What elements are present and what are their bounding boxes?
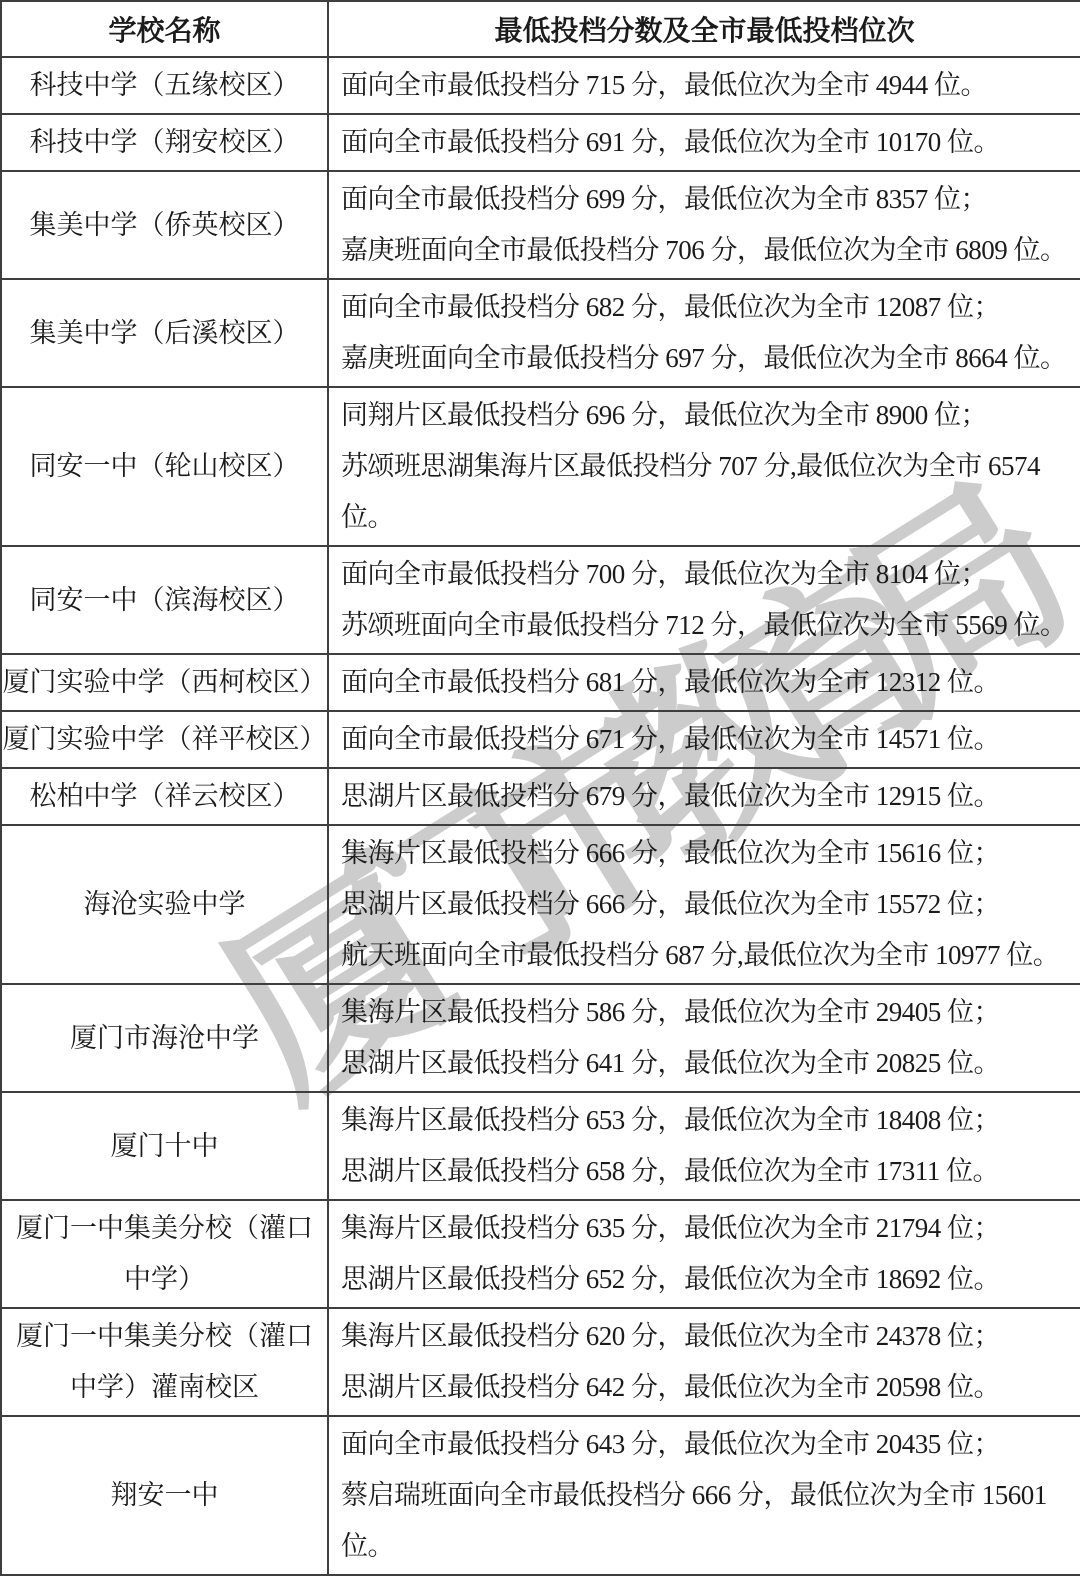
text-line: 厦门市海沧中学 (2, 1013, 327, 1064)
school-name-cell: 松柏中学（祥云校区） (1, 768, 328, 825)
text-line: 翔安一中 (2, 1470, 327, 1521)
header-score-info: 最低投档分数及全市最低投档位次 (328, 1, 1080, 57)
school-name-cell: 厦门十中 (1, 1092, 328, 1200)
score-detail-cell: 面向全市最低投档分 671 分，最低位次为全市 14571 位。 (328, 711, 1080, 768)
score-detail-cell: 面向全市最低投档分 700 分，最低位次为全市 8104 位；苏颂班面向全市最低… (328, 546, 1080, 654)
text-line: 厦门实验中学（祥平校区） (2, 714, 327, 765)
text-line: 松柏中学（祥云校区） (2, 771, 327, 822)
table-row: 海沧实验中学 集海片区最低投档分 666 分，最低位次为全市 15616 位；思… (1, 825, 1080, 984)
text-line: 苏颂班思湖集海片区最低投档分 707 分,最低位次为全市 6574 (341, 441, 1076, 492)
text-line: 思湖片区最低投档分 658 分，最低位次为全市 17311 位。 (341, 1146, 1076, 1197)
text-line: 中学） (2, 1254, 327, 1305)
text-line: 集海片区最低投档分 620 分，最低位次为全市 24378 位； (341, 1311, 1076, 1362)
text-line: 集海片区最低投档分 666 分，最低位次为全市 15616 位； (341, 828, 1076, 879)
results-table: 学校名称 最低投档分数及全市最低投档位次 科技中学（五缘校区） 面向全市最低投档… (0, 0, 1080, 1576)
text-line: 面向全市最低投档分 682 分，最低位次为全市 12087 位； (341, 282, 1076, 333)
school-name-cell: 科技中学（五缘校区） (1, 57, 328, 114)
text-line: 嘉庚班面向全市最低投档分 697 分，最低位次为全市 8664 位。 (341, 333, 1076, 384)
school-name-cell: 厦门实验中学（西柯校区） (1, 654, 328, 711)
text-line: 嘉庚班面向全市最低投档分 706 分，最低位次为全市 6809 位。 (341, 225, 1076, 276)
text-line: 位。 (341, 1521, 1076, 1572)
table-row: 厦门实验中学（西柯校区） 面向全市最低投档分 681 分，最低位次为全市 123… (1, 654, 1080, 711)
score-detail-cell: 集海片区最低投档分 666 分，最低位次为全市 15616 位；思湖片区最低投档… (328, 825, 1080, 984)
table-row: 同安一中（轮山校区） 同翔片区最低投档分 696 分，最低位次为全市 8900 … (1, 387, 1080, 546)
table-row: 厦门十中 集海片区最低投档分 653 分，最低位次为全市 18408 位；思湖片… (1, 1092, 1080, 1200)
text-line: 科技中学（五缘校区） (2, 60, 327, 111)
text-line: 厦门十中 (2, 1121, 327, 1172)
score-detail-cell: 面向全市最低投档分 682 分，最低位次为全市 12087 位；嘉庚班面向全市最… (328, 279, 1080, 387)
score-detail-cell: 面向全市最低投档分 699 分，最低位次为全市 8357 位；嘉庚班面向全市最低… (328, 171, 1080, 279)
score-detail-cell: 集海片区最低投档分 653 分，最低位次为全市 18408 位；思湖片区最低投档… (328, 1092, 1080, 1200)
table-row: 集美中学（侨英校区） 面向全市最低投档分 699 分，最低位次为全市 8357 … (1, 171, 1080, 279)
table-body: 科技中学（五缘校区） 面向全市最低投档分 715 分，最低位次为全市 4944 … (1, 57, 1080, 1575)
table-header-row: 学校名称 最低投档分数及全市最低投档位次 (1, 1, 1080, 57)
text-line: 思湖片区最低投档分 679 分，最低位次为全市 12915 位。 (341, 771, 1076, 822)
school-name-cell: 翔安一中 (1, 1416, 328, 1575)
text-line: 科技中学（翔安校区） (2, 117, 327, 168)
text-line: 面向全市最低投档分 643 分，最低位次为全市 20435 位； (341, 1419, 1076, 1470)
table-row: 科技中学（翔安校区） 面向全市最低投档分 691 分，最低位次为全市 10170… (1, 114, 1080, 171)
text-line: 集美中学（侨英校区） (2, 200, 327, 251)
table-row: 集美中学（后溪校区） 面向全市最低投档分 682 分，最低位次为全市 12087… (1, 279, 1080, 387)
table-row: 同安一中（滨海校区） 面向全市最低投档分 700 分，最低位次为全市 8104 … (1, 546, 1080, 654)
text-line: 航天班面向全市最低投档分 687 分,最低位次为全市 10977 位。 (341, 930, 1076, 981)
table-row: 翔安一中 面向全市最低投档分 643 分，最低位次为全市 20435 位；蔡启瑞… (1, 1416, 1080, 1575)
score-detail-cell: 面向全市最低投档分 681 分，最低位次为全市 12312 位。 (328, 654, 1080, 711)
text-line: 思湖片区最低投档分 641 分，最低位次为全市 20825 位。 (341, 1038, 1076, 1089)
table-row: 厦门市海沧中学 集海片区最低投档分 586 分，最低位次为全市 29405 位；… (1, 984, 1080, 1092)
school-name-cell: 厦门实验中学（祥平校区） (1, 711, 328, 768)
text-line: 同安一中（轮山校区） (2, 441, 327, 492)
text-line: 思湖片区最低投档分 652 分，最低位次为全市 18692 位。 (341, 1254, 1076, 1305)
table-row: 厦门一中集美分校（灌口中学） 集海片区最低投档分 635 分，最低位次为全市 2… (1, 1200, 1080, 1308)
school-name-cell: 集美中学（侨英校区） (1, 171, 328, 279)
text-line: 面向全市最低投档分 691 分，最低位次为全市 10170 位。 (341, 117, 1076, 168)
text-line: 面向全市最低投档分 699 分，最低位次为全市 8357 位； (341, 174, 1076, 225)
text-line: 中学）灌南校区 (2, 1362, 327, 1413)
text-line: 厦门一中集美分校（灌口 (2, 1203, 327, 1254)
text-line: 海沧实验中学 (2, 879, 327, 930)
table-row: 科技中学（五缘校区） 面向全市最低投档分 715 分，最低位次为全市 4944 … (1, 57, 1080, 114)
text-line: 同翔片区最低投档分 696 分，最低位次为全市 8900 位； (341, 390, 1076, 441)
text-line: 厦门实验中学（西柯校区） (2, 657, 327, 708)
score-detail-cell: 思湖片区最低投档分 679 分，最低位次为全市 12915 位。 (328, 768, 1080, 825)
school-name-cell: 集美中学（后溪校区） (1, 279, 328, 387)
score-detail-cell: 集海片区最低投档分 586 分，最低位次为全市 29405 位；思湖片区最低投档… (328, 984, 1080, 1092)
school-name-cell: 同安一中（滨海校区） (1, 546, 328, 654)
score-detail-cell: 面向全市最低投档分 691 分，最低位次为全市 10170 位。 (328, 114, 1080, 171)
score-detail-cell: 面向全市最低投档分 715 分，最低位次为全市 4944 位。 (328, 57, 1080, 114)
school-name-cell: 科技中学（翔安校区） (1, 114, 328, 171)
school-name-cell: 厦门市海沧中学 (1, 984, 328, 1092)
text-line: 面向全市最低投档分 681 分，最低位次为全市 12312 位。 (341, 657, 1076, 708)
text-line: 集海片区最低投档分 653 分，最低位次为全市 18408 位； (341, 1095, 1076, 1146)
text-line: 位。 (341, 492, 1076, 543)
school-name-cell: 海沧实验中学 (1, 825, 328, 984)
text-line: 集海片区最低投档分 586 分，最低位次为全市 29405 位； (341, 987, 1076, 1038)
text-line: 集美中学（后溪校区） (2, 308, 327, 359)
text-line: 同安一中（滨海校区） (2, 575, 327, 626)
text-line: 苏颂班面向全市最低投档分 712 分，最低位次为全市 5569 位。 (341, 600, 1076, 651)
text-line: 面向全市最低投档分 715 分，最低位次为全市 4944 位。 (341, 60, 1076, 111)
table-row: 厦门实验中学（祥平校区） 面向全市最低投档分 671 分，最低位次为全市 145… (1, 711, 1080, 768)
text-line: 集海片区最低投档分 635 分，最低位次为全市 21794 位； (341, 1203, 1076, 1254)
score-detail-cell: 集海片区最低投档分 620 分，最低位次为全市 24378 位；思湖片区最低投档… (328, 1308, 1080, 1416)
text-line: 面向全市最低投档分 671 分，最低位次为全市 14571 位。 (341, 714, 1076, 765)
text-line: 思湖片区最低投档分 666 分，最低位次为全市 15572 位； (341, 879, 1076, 930)
text-line: 厦门一中集美分校（灌口 (2, 1311, 327, 1362)
score-detail-cell: 集海片区最低投档分 635 分，最低位次为全市 21794 位；思湖片区最低投档… (328, 1200, 1080, 1308)
text-line: 蔡启瑞班面向全市最低投档分 666 分，最低位次为全市 15601 (341, 1470, 1076, 1521)
header-school-name: 学校名称 (1, 1, 328, 57)
table-row: 厦门一中集美分校（灌口中学）灌南校区 集海片区最低投档分 620 分，最低位次为… (1, 1308, 1080, 1416)
school-name-cell: 同安一中（轮山校区） (1, 387, 328, 546)
text-line: 思湖片区最低投档分 642 分，最低位次为全市 20598 位。 (341, 1362, 1076, 1413)
school-name-cell: 厦门一中集美分校（灌口中学） (1, 1200, 328, 1308)
text-line: 面向全市最低投档分 700 分，最低位次为全市 8104 位； (341, 549, 1076, 600)
document-page: 厦门市教育局 学校名称 最低投档分数及全市最低投档位次 科技中学（五缘校区） 面… (0, 0, 1080, 1582)
school-name-cell: 厦门一中集美分校（灌口中学）灌南校区 (1, 1308, 328, 1416)
score-detail-cell: 同翔片区最低投档分 696 分，最低位次为全市 8900 位；苏颂班思湖集海片区… (328, 387, 1080, 546)
table-row: 松柏中学（祥云校区） 思湖片区最低投档分 679 分，最低位次为全市 12915… (1, 768, 1080, 825)
score-detail-cell: 面向全市最低投档分 643 分，最低位次为全市 20435 位；蔡启瑞班面向全市… (328, 1416, 1080, 1575)
